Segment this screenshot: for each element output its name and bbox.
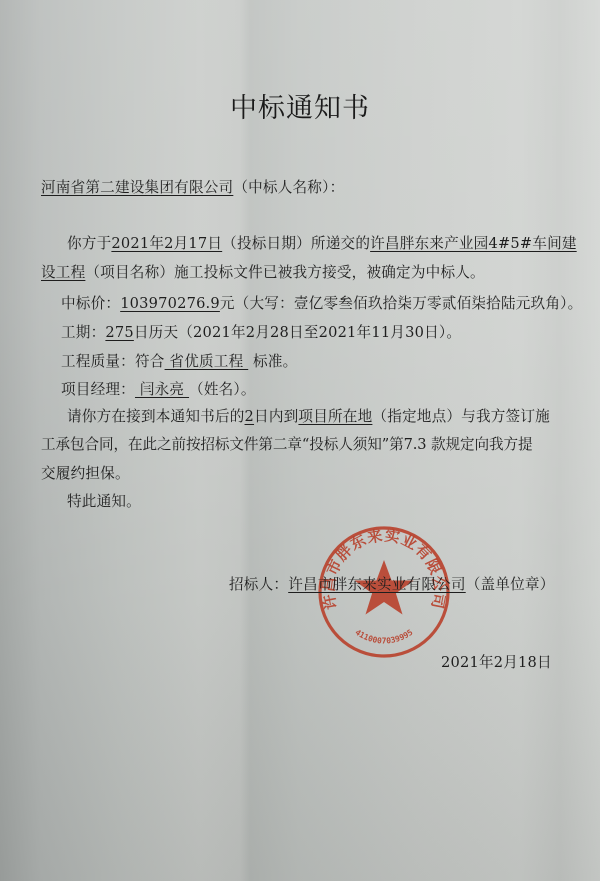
issue-date: 2021年2月18日: [441, 654, 552, 672]
bid-date: 2021年2月17日: [111, 235, 222, 252]
paragraph2-mid: 日内到: [254, 408, 298, 425]
signing-days: 2: [245, 408, 255, 425]
manager-line: 项目经理： 闫永亮 （姓名）。: [61, 381, 256, 399]
paragraph1-suffix: （项目名称）施工投标文件已被我方接受，被确定为中标人。: [85, 264, 484, 281]
bid-price-value: 103970276.9: [120, 295, 220, 312]
signing-location: 项目所在地: [298, 408, 372, 425]
manager-label: 项目经理：: [61, 381, 135, 398]
winning-bidder-name: 河南省第二建设集团有限公司: [41, 179, 233, 196]
paragraph2-line2: 工承包合同，在此之前按招标文件第二章“投标人须知”第7.3 款规定向我方提: [41, 436, 532, 454]
seal-code: 4110007039995: [353, 628, 414, 646]
quality-line: 工程质量：符合 省优质工程 标准。: [61, 353, 297, 371]
duration-days: 275: [105, 324, 133, 341]
addressee-line: 河南省第二建设集团有限公司（中标人名称）：: [41, 179, 344, 197]
quality-value: 省优质工程: [165, 353, 249, 370]
addressee-label: （中标人名称）：: [233, 179, 344, 196]
quality-suffix: 标准。: [248, 353, 297, 370]
signature-line: 招标人：许昌市胖东来实业有限公司（盖单位章）: [229, 576, 554, 594]
project-name-part1: 许昌胖东来产业园4#5#车间建: [370, 235, 577, 252]
paragraph2-line3: 交履约担保。: [41, 465, 130, 483]
bid-price-line: 中标价：103970276.9元（大写：壹亿零叁佰玖拾柒万零贰佰柒拾陆元玖角）。: [61, 295, 582, 313]
manager-suffix: （姓名）。: [189, 381, 256, 398]
duration-line: 工期：275日历天（2021年2月28日至2021年11月30日）。: [61, 324, 461, 342]
duration-suffix: 日历天（2021年2月28日至2021年11月30日）。: [134, 324, 461, 341]
svg-text:4110007039995: 4110007039995: [353, 628, 414, 646]
quality-label: 工程质量：符合: [61, 353, 165, 370]
paragraph1-line2: 设工程（项目名称）施工投标文件已被我方接受，被确定为中标人。: [41, 264, 485, 282]
closing-text: 特此通知。: [67, 493, 141, 511]
page-title: 中标通知书: [0, 86, 600, 125]
duration-label: 工期：: [61, 324, 105, 341]
bid-price-unit: 元（大写：壹亿零叁佰玖拾柒万零贰佰柒拾陆元玖角）。: [220, 295, 583, 312]
project-name-part2: 设工程: [41, 264, 85, 281]
manager-name: 闫永亮: [135, 381, 189, 398]
paragraph1-line1: 你方于2021年2月17日（投标日期）所递交的许昌胖东来产业园4#5#车间建: [67, 235, 577, 253]
paragraph2-prefix: 请你方在接到本通知书后的: [67, 408, 245, 425]
paragraph2-line1: 请你方在接到本通知书后的2日内到项目所在地（指定地点）与我方签订施: [67, 408, 550, 426]
bid-date-label: （投标日期）所递交的: [222, 235, 370, 252]
signature-label: 招标人：: [229, 576, 288, 593]
bid-price-label: 中标价：: [61, 295, 120, 312]
stamp-note: （盖单位章）: [466, 576, 555, 593]
tenderer-company: 许昌市胖东来实业有限公司: [288, 576, 466, 593]
paragraph1-prefix: 你方于: [67, 235, 111, 252]
paragraph2-line1-suffix: （指定地点）与我方签订施: [372, 408, 550, 425]
